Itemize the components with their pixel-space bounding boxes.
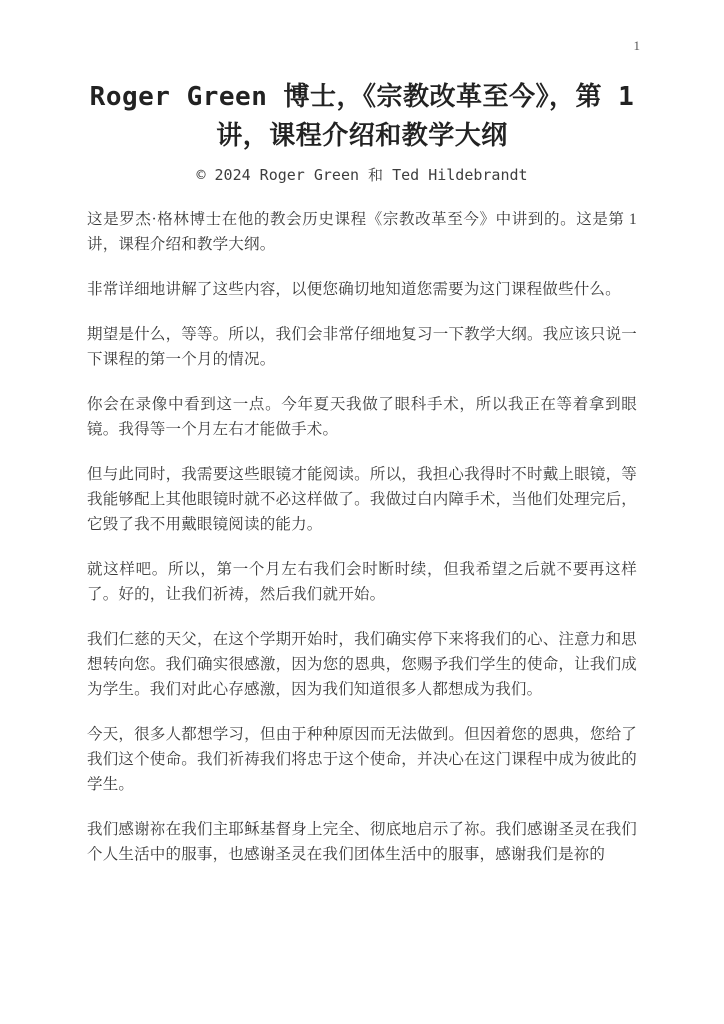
paragraph: 但与此同时，我需要这些眼镜才能阅读。所以，我担心我得时不时戴上眼镜，等我能够配上… [87, 462, 637, 537]
copyright-line: © 2024 Roger Green 和 Ted Hildebrandt [0, 164, 724, 185]
paragraph: 我们仁慈的天父，在这个学期开始时，我们确实停下来将我们的心、注意力和思想转向您。… [87, 627, 637, 702]
document-page: 1 Roger Green 博士，《宗教改革至今》，第 1 讲，课程介绍和教学大… [0, 0, 724, 1024]
paragraph: 你会在录像中看到这一点。今年夏天我做了眼科手术，所以我正在等着拿到眼镜。我得等一… [87, 392, 637, 442]
paragraph: 今天，很多人都想学习，但由于种种原因而无法做到。但因着您的恩典，您给了我们这个使… [87, 722, 637, 797]
page-title-line-1: Roger Green 博士，《宗教改革至今》，第 1 [0, 78, 724, 117]
paragraph: 非常详细地讲解了这些内容，以便您确切地知道您需要为这门课程做些什么。 [87, 277, 637, 302]
page-title-line-2: 讲，课程介绍和教学大纲 [0, 117, 724, 156]
paragraph: 期望是什么，等等。所以，我们会非常仔细地复习一下教学大纲。我应该只说一下课程的第… [87, 322, 637, 372]
paragraph: 就这样吧。所以，第一个月左右我们会时断时续，但我希望之后就不要再这样了。好的，让… [87, 557, 637, 607]
paragraph: 这是罗杰·格林博士在他的教会历史课程《宗教改革至今》中讲到的。这是第 1 讲，课… [87, 207, 637, 257]
paragraph: 我们感谢祢在我们主耶稣基督身上完全、彻底地启示了祢。我们感谢圣灵在我们个人生活中… [87, 817, 637, 867]
page-number: 1 [634, 38, 641, 54]
document-body: 这是罗杰·格林博士在他的教会历史课程《宗教改革至今》中讲到的。这是第 1 讲，课… [87, 207, 637, 867]
document-header: Roger Green 博士，《宗教改革至今》，第 1 讲，课程介绍和教学大纲 [0, 0, 724, 156]
